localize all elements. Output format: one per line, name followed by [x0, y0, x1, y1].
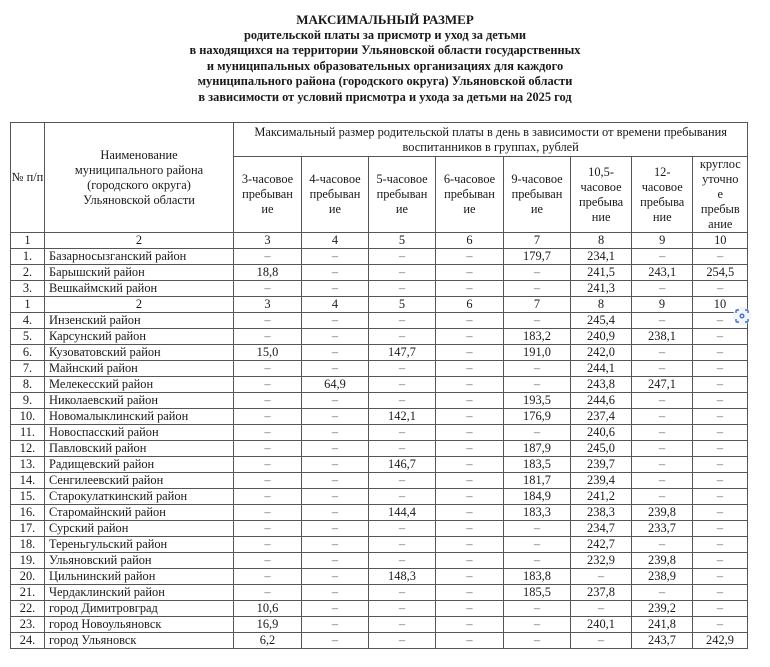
- fee-cell: 245,0: [571, 441, 632, 457]
- fee-cell: –: [234, 505, 302, 521]
- fee-cell: –: [504, 313, 571, 329]
- column-index-cell: 4: [302, 297, 369, 313]
- row-number: 2.: [11, 265, 45, 281]
- fee-cell: –: [234, 569, 302, 585]
- table-row: 9.Николаевский район––––193,5244,6––: [11, 393, 748, 409]
- column-index-cell: 1: [11, 233, 45, 249]
- table-row: 8.Мелекесский район–64,9–––243,8247,1–: [11, 377, 748, 393]
- column-index-cell: 1: [11, 297, 45, 313]
- row-number: 11.: [11, 425, 45, 441]
- fee-cell: –: [693, 361, 748, 377]
- column-index-cell: 5: [369, 233, 436, 249]
- fee-cell: 240,9: [571, 329, 632, 345]
- fee-cell: –: [369, 601, 436, 617]
- column-index-cell: 9: [632, 233, 693, 249]
- fee-cell: –: [436, 633, 504, 649]
- row-number: 3.: [11, 281, 45, 297]
- column-index-cell: 7: [504, 233, 571, 249]
- fee-cell: –: [369, 633, 436, 649]
- district-name: город Димитровград: [45, 601, 234, 617]
- row-number: 20.: [11, 569, 45, 585]
- fee-cell: –: [369, 393, 436, 409]
- fee-cell: –: [302, 521, 369, 537]
- table-row: 2.Барышский район18,8––––241,5243,1254,5: [11, 265, 748, 281]
- fee-cell: 142,1: [369, 409, 436, 425]
- fee-cell: 239,8: [632, 505, 693, 521]
- district-name: Павловский район: [45, 441, 234, 457]
- fee-cell: –: [693, 585, 748, 601]
- fee-cell: –: [436, 361, 504, 377]
- fee-cell: –: [302, 393, 369, 409]
- district-name: Ульяновский район: [45, 553, 234, 569]
- fee-cell: 238,1: [632, 329, 693, 345]
- fee-cell: –: [436, 505, 504, 521]
- fees-table-part-2: 123456789104.Инзенский район–––––245,4––…: [10, 296, 748, 649]
- row-number: 10.: [11, 409, 45, 425]
- fee-cell: 243,1: [632, 265, 693, 281]
- table-row: 19.Ульяновский район–––––232,9239,8–: [11, 553, 748, 569]
- fee-cell: –: [302, 249, 369, 265]
- fee-cell: –: [436, 441, 504, 457]
- fee-cell: –: [436, 345, 504, 361]
- fee-cell: –: [369, 585, 436, 601]
- fee-cell: –: [369, 521, 436, 537]
- fee-cell: –: [234, 425, 302, 441]
- fee-cell: –: [436, 281, 504, 297]
- fee-cell: –: [571, 569, 632, 585]
- fee-cell: –: [504, 553, 571, 569]
- fee-cell: 239,8: [632, 553, 693, 569]
- column-index-cell: 9: [632, 297, 693, 313]
- fee-cell: –: [693, 505, 748, 521]
- fee-cell: –: [234, 457, 302, 473]
- fee-cell: –: [234, 313, 302, 329]
- fee-cell: –: [504, 377, 571, 393]
- fee-cell: –: [693, 457, 748, 473]
- district-name: Сенгилеевский район: [45, 473, 234, 489]
- table-row: 6.Кузоватовский район15,0–147,7–191,0242…: [11, 345, 748, 361]
- fee-cell: 234,1: [571, 249, 632, 265]
- table-row: 21.Чердаклинский район––––185,5237,8––: [11, 585, 748, 601]
- fee-cell: –: [302, 281, 369, 297]
- fees-table-part-1: № п/п Наименование муниципального района…: [10, 122, 748, 297]
- fee-cell: –: [302, 473, 369, 489]
- fee-cell: –: [369, 377, 436, 393]
- district-name: Николаевский район: [45, 393, 234, 409]
- fee-cell: 191,0: [504, 345, 571, 361]
- column-index-row: 12345678910: [11, 297, 748, 313]
- fee-cell: –: [632, 489, 693, 505]
- district-name: Тереньгульский район: [45, 537, 234, 553]
- fee-cell: 185,5: [504, 585, 571, 601]
- district-name: Барышский район: [45, 265, 234, 281]
- fee-cell: –: [369, 489, 436, 505]
- fee-cell: –: [632, 393, 693, 409]
- district-name: Чердаклинский район: [45, 585, 234, 601]
- fee-cell: –: [302, 425, 369, 441]
- fee-cell: –: [436, 377, 504, 393]
- fee-cell: –: [693, 377, 748, 393]
- district-name: Инзенский район: [45, 313, 234, 329]
- fee-cell: 144,4: [369, 505, 436, 521]
- fee-cell: –: [693, 393, 748, 409]
- table-row: 17.Сурский район–––––234,7233,7–: [11, 521, 748, 537]
- district-name: Кузоватовский район: [45, 345, 234, 361]
- row-number: 22.: [11, 601, 45, 617]
- column-index-cell: 5: [369, 297, 436, 313]
- fee-cell: 16,9: [234, 617, 302, 633]
- fee-cell: –: [436, 585, 504, 601]
- fee-cell: –: [302, 409, 369, 425]
- fee-cell: –: [369, 537, 436, 553]
- fee-cell: –: [693, 537, 748, 553]
- fee-cell: –: [369, 441, 436, 457]
- column-index-cell: 3: [234, 297, 302, 313]
- row-number: 4.: [11, 313, 45, 329]
- fee-cell: –: [693, 329, 748, 345]
- fee-cell: 179,7: [504, 249, 571, 265]
- row-number: 9.: [11, 393, 45, 409]
- fee-cell: –: [436, 393, 504, 409]
- fee-cell: –: [436, 409, 504, 425]
- fee-cell: –: [302, 553, 369, 569]
- fee-cell: –: [302, 457, 369, 473]
- fee-cell: –: [302, 569, 369, 585]
- district-name: Майнский район: [45, 361, 234, 377]
- fee-cell: 237,8: [571, 585, 632, 601]
- fee-cell: –: [571, 633, 632, 649]
- fee-cell: –: [693, 553, 748, 569]
- column-index-cell: 2: [45, 297, 234, 313]
- fee-cell: 241,3: [571, 281, 632, 297]
- district-name: Старокулаткинский район: [45, 489, 234, 505]
- table-row: 1.Базарносызганский район––––179,7234,1–…: [11, 249, 748, 265]
- table-row: 13.Радищевский район––146,7–183,5239,7––: [11, 457, 748, 473]
- fee-cell: –: [234, 489, 302, 505]
- row-number: 13.: [11, 457, 45, 473]
- row-number: 8.: [11, 377, 45, 393]
- fee-cell: –: [436, 521, 504, 537]
- title-line: и муниципальных образовательных организа…: [150, 59, 620, 75]
- fee-cell: –: [504, 265, 571, 281]
- fee-cell: –: [693, 473, 748, 489]
- fee-cell: –: [369, 473, 436, 489]
- fee-cell: –: [302, 361, 369, 377]
- fee-cell: –: [504, 617, 571, 633]
- fee-cell: 239,4: [571, 473, 632, 489]
- fee-cell: –: [302, 633, 369, 649]
- row-number: 6.: [11, 345, 45, 361]
- header-name: Наименование муниципального района (горо…: [45, 123, 234, 233]
- district-name: Мелекесский район: [45, 377, 234, 393]
- fee-cell: –: [632, 313, 693, 329]
- fee-cell: –: [234, 585, 302, 601]
- fee-cell: 10,6: [234, 601, 302, 617]
- row-number: 19.: [11, 553, 45, 569]
- fee-cell: 241,8: [632, 617, 693, 633]
- fee-cell: –: [369, 425, 436, 441]
- fee-cell: –: [369, 281, 436, 297]
- header-col-4h: 4-часовое пребыван ие: [302, 157, 369, 233]
- table-row: 10.Новомалыклинский район––142,1–176,923…: [11, 409, 748, 425]
- header-col-5h: 5-часовое пребыван ие: [369, 157, 436, 233]
- fee-cell: –: [436, 537, 504, 553]
- fee-cell: 187,9: [504, 441, 571, 457]
- fee-cell: –: [504, 537, 571, 553]
- column-index-row: 12345678910: [11, 233, 748, 249]
- row-number: 14.: [11, 473, 45, 489]
- fee-cell: –: [234, 521, 302, 537]
- fee-cell: –: [436, 313, 504, 329]
- header-col-6h: 6-часовое пребыван ие: [436, 157, 504, 233]
- fee-cell: –: [302, 313, 369, 329]
- fee-cell: –: [504, 633, 571, 649]
- fee-cell: –: [369, 553, 436, 569]
- district-name: Сурский район: [45, 521, 234, 537]
- column-index-cell: 4: [302, 233, 369, 249]
- district-name: Старомайнский район: [45, 505, 234, 521]
- district-name: город Новоульяновск: [45, 617, 234, 633]
- fee-cell: 183,5: [504, 457, 571, 473]
- row-number: 7.: [11, 361, 45, 377]
- fee-cell: –: [504, 425, 571, 441]
- table-row: 22.город Димитровград10,6–––––239,2–: [11, 601, 748, 617]
- document-title: МАКСИМАЛЬНЫЙ РАЗМЕР родительской платы з…: [150, 12, 620, 106]
- fee-cell: –: [234, 441, 302, 457]
- column-index-cell: 8: [571, 233, 632, 249]
- fee-cell: –: [504, 281, 571, 297]
- fee-cell: –: [234, 409, 302, 425]
- fee-cell: –: [436, 473, 504, 489]
- column-index-cell: 7: [504, 297, 571, 313]
- district-name: Новомалыклинский район: [45, 409, 234, 425]
- fee-cell: –: [302, 265, 369, 281]
- fee-cell: –: [632, 457, 693, 473]
- fee-cell: –: [436, 249, 504, 265]
- row-number: 1.: [11, 249, 45, 265]
- fee-cell: –: [436, 425, 504, 441]
- district-name: город Ульяновск: [45, 633, 234, 649]
- table-row: 23.город Новоульяновск16,9––––240,1241,8…: [11, 617, 748, 633]
- fee-cell: –: [234, 537, 302, 553]
- fee-cell: 176,9: [504, 409, 571, 425]
- fee-cell: 238,3: [571, 505, 632, 521]
- title-line: родительской платы за присмотр и уход за…: [150, 28, 620, 44]
- fee-cell: 193,5: [504, 393, 571, 409]
- fee-cell: 18,8: [234, 265, 302, 281]
- column-index-cell: 3: [234, 233, 302, 249]
- table-row: 14.Сенгилеевский район––––181,7239,4––: [11, 473, 748, 489]
- fee-cell: –: [504, 601, 571, 617]
- fee-cell: 237,4: [571, 409, 632, 425]
- fee-cell: 183,3: [504, 505, 571, 521]
- fee-cell: –: [436, 457, 504, 473]
- title-line: муниципального района (городского округа…: [150, 74, 620, 90]
- fee-cell: –: [302, 441, 369, 457]
- fee-cell: 242,9: [693, 633, 748, 649]
- row-number: 15.: [11, 489, 45, 505]
- fee-cell: 244,1: [571, 361, 632, 377]
- fee-cell: 241,5: [571, 265, 632, 281]
- fee-cell: –: [436, 601, 504, 617]
- fee-cell: 242,0: [571, 345, 632, 361]
- fee-cell: 183,8: [504, 569, 571, 585]
- fee-cell: –: [234, 393, 302, 409]
- fee-cell: 64,9: [302, 377, 369, 393]
- table-row: 18.Тереньгульский район–––––242,7––: [11, 537, 748, 553]
- header-col-3h: 3-часовое пребыван ие: [234, 157, 302, 233]
- district-name: Карсунский район: [45, 329, 234, 345]
- fee-cell: –: [693, 601, 748, 617]
- fee-cell: –: [436, 617, 504, 633]
- fee-cell: –: [302, 537, 369, 553]
- fee-cell: –: [632, 361, 693, 377]
- fee-cell: 232,9: [571, 553, 632, 569]
- fee-cell: –: [234, 249, 302, 265]
- fee-cell: –: [234, 377, 302, 393]
- fee-cell: 243,8: [571, 377, 632, 393]
- header-num: № п/п: [11, 123, 45, 233]
- fee-cell: –: [369, 617, 436, 633]
- fee-cell: 247,1: [632, 377, 693, 393]
- fee-cell: –: [369, 313, 436, 329]
- fee-cell: –: [693, 489, 748, 505]
- table-row: 7.Майнский район–––––244,1––: [11, 361, 748, 377]
- fee-cell: –: [234, 553, 302, 569]
- fee-cell: 148,3: [369, 569, 436, 585]
- fee-cell: –: [436, 569, 504, 585]
- fee-cell: –: [632, 537, 693, 553]
- fee-cell: 243,7: [632, 633, 693, 649]
- row-number: 18.: [11, 537, 45, 553]
- fee-cell: –: [693, 281, 748, 297]
- title-line: в находящихся на территории Ульяновской …: [150, 43, 620, 59]
- fee-cell: 184,9: [504, 489, 571, 505]
- fee-cell: 6,2: [234, 633, 302, 649]
- fee-cell: 146,7: [369, 457, 436, 473]
- fee-cell: 244,6: [571, 393, 632, 409]
- district-name: Радищевский район: [45, 457, 234, 473]
- fee-cell: –: [632, 585, 693, 601]
- fee-cell: 233,7: [632, 521, 693, 537]
- fee-cell: –: [369, 249, 436, 265]
- district-name: Новоспасский район: [45, 425, 234, 441]
- header-col-9h: 9-часовое пребыван ие: [504, 157, 571, 233]
- fee-cell: –: [234, 361, 302, 377]
- fee-cell: –: [302, 617, 369, 633]
- table-row: 15.Старокулаткинский район––––184,9241,2…: [11, 489, 748, 505]
- fee-cell: –: [632, 345, 693, 361]
- fee-cell: –: [302, 505, 369, 521]
- fee-cell: 183,2: [504, 329, 571, 345]
- fee-cell: 181,7: [504, 473, 571, 489]
- fee-cell: –: [632, 425, 693, 441]
- table-row: 12.Павловский район––––187,9245,0––: [11, 441, 748, 457]
- fee-cell: –: [234, 281, 302, 297]
- table-row: 11.Новоспасский район–––––240,6––: [11, 425, 748, 441]
- fee-cell: –: [302, 489, 369, 505]
- lens-scan-icon[interactable]: [733, 307, 751, 325]
- column-index-cell: 6: [436, 233, 504, 249]
- district-name: Базарносызганский район: [45, 249, 234, 265]
- row-number: 16.: [11, 505, 45, 521]
- fee-cell: –: [302, 601, 369, 617]
- fee-cell: –: [632, 473, 693, 489]
- row-number: 23.: [11, 617, 45, 633]
- table-row: 5.Карсунский район––––183,2240,9238,1–: [11, 329, 748, 345]
- fee-cell: 241,2: [571, 489, 632, 505]
- table-row: 24.город Ульяновск6,2–––––243,7242,9: [11, 633, 748, 649]
- fee-cell: 239,7: [571, 457, 632, 473]
- column-index-cell: 8: [571, 297, 632, 313]
- district-name: Цильнинский район: [45, 569, 234, 585]
- fee-cell: –: [436, 489, 504, 505]
- fee-cell: –: [693, 521, 748, 537]
- fee-cell: –: [693, 345, 748, 361]
- table-row: 20.Цильнинский район––148,3–183,8–238,9–: [11, 569, 748, 585]
- row-number: 12.: [11, 441, 45, 457]
- fee-cell: –: [436, 265, 504, 281]
- fee-cell: –: [436, 553, 504, 569]
- fee-cell: 254,5: [693, 265, 748, 281]
- fee-cell: 242,7: [571, 537, 632, 553]
- fee-cell: –: [302, 329, 369, 345]
- fee-cell: –: [302, 345, 369, 361]
- fee-cell: 238,9: [632, 569, 693, 585]
- fee-cell: 239,2: [632, 601, 693, 617]
- fee-cell: –: [632, 281, 693, 297]
- table-row: 3.Вешкаймский район–––––241,3––: [11, 281, 748, 297]
- table-row: 4.Инзенский район–––––245,4––: [11, 313, 748, 329]
- column-index-cell: 10: [693, 233, 748, 249]
- header-col-10-5h: 10,5- часовое пребыва ние: [571, 157, 632, 233]
- fee-cell: 147,7: [369, 345, 436, 361]
- fee-cell: –: [693, 425, 748, 441]
- title-main: МАКСИМАЛЬНЫЙ РАЗМЕР: [150, 12, 620, 28]
- table-row: 16.Старомайнский район––144,4–183,3238,3…: [11, 505, 748, 521]
- fee-cell: –: [571, 601, 632, 617]
- fee-cell: –: [632, 441, 693, 457]
- fee-cell: –: [369, 329, 436, 345]
- fee-cell: –: [693, 617, 748, 633]
- row-number: 5.: [11, 329, 45, 345]
- fee-cell: –: [302, 585, 369, 601]
- row-number: 21.: [11, 585, 45, 601]
- fee-cell: –: [234, 329, 302, 345]
- fee-cell: –: [436, 329, 504, 345]
- fee-cell: –: [693, 249, 748, 265]
- fee-cell: –: [632, 409, 693, 425]
- title-line: в зависимости от условий присмотра и ухо…: [150, 90, 620, 106]
- fee-cell: –: [369, 265, 436, 281]
- fee-cell: –: [504, 361, 571, 377]
- fee-cell: –: [693, 409, 748, 425]
- fee-cell: –: [632, 249, 693, 265]
- fee-cell: 245,4: [571, 313, 632, 329]
- header-col-12h: 12- часовое пребыва ние: [632, 157, 693, 233]
- column-index-cell: 2: [45, 233, 234, 249]
- header-col-24h: круглос уточно е пребыв ание: [693, 157, 748, 233]
- header-group: Максимальный размер родительской платы в…: [234, 123, 748, 157]
- fee-cell: –: [504, 521, 571, 537]
- fee-cell: 240,1: [571, 617, 632, 633]
- row-number: 17.: [11, 521, 45, 537]
- fee-cell: 15,0: [234, 345, 302, 361]
- fee-cell: –: [369, 361, 436, 377]
- column-index-cell: 6: [436, 297, 504, 313]
- fee-cell: 234,7: [571, 521, 632, 537]
- fee-cell: 240,6: [571, 425, 632, 441]
